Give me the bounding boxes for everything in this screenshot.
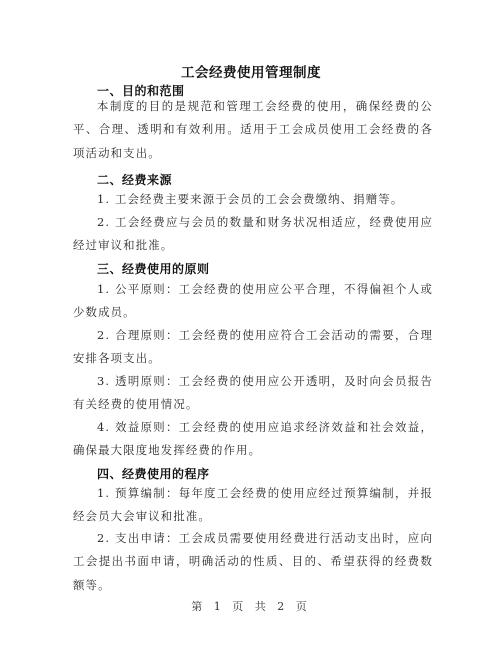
- paragraph: 3. 透明原则：工会经费的使用应公开透明，及时向会员报告有关经费的使用情况。: [73, 370, 433, 417]
- section-heading: 二、经费来源: [97, 171, 172, 188]
- section-heading: 三、经费使用的原则: [97, 260, 210, 277]
- paragraph: 1. 工会经费主要来源于会员的工会会费缴纳、捐赠等。: [73, 188, 433, 211]
- paragraph: 2. 工会经费应与会员的数量和财务状况相适应，经费使用应经过审议和批准。: [73, 211, 433, 258]
- paragraph: 1. 预算编制：每年度工会经费的使用应经过预算编制，并报经会员大会审议和批准。: [73, 482, 433, 529]
- document-title: 工会经费使用管理制度: [0, 61, 502, 81]
- document-page: 工会经费使用管理制度 一、目的和范围 本制度的目的是规范和管理工会经费的使用，确…: [0, 0, 502, 649]
- paragraph: 2. 合理原则：工会经费的使用应符合工会活动的需要，合理安排各项支出。: [73, 324, 433, 371]
- paragraph: 本制度的目的是规范和管理工会经费的使用，确保经费的公平、合理、透明和有效利用。适…: [73, 95, 433, 165]
- section-heading: 四、经费使用的程序: [97, 465, 210, 482]
- paragraph: 4. 效益原则：工会经费的使用应追求经济效益和社会效益，确保最大限度地发挥经费的…: [73, 416, 433, 463]
- paragraph: 1. 公平原则：工会经费的使用应公平合理，不得偏袒个人或少数成员。: [73, 278, 433, 325]
- paragraph: 2. 支出申请：工会成员需要使用经费进行活动支出时，应向工会提出书面申请，明确活…: [73, 527, 433, 597]
- page-footer: 第 1 页 共 2 页: [0, 598, 502, 614]
